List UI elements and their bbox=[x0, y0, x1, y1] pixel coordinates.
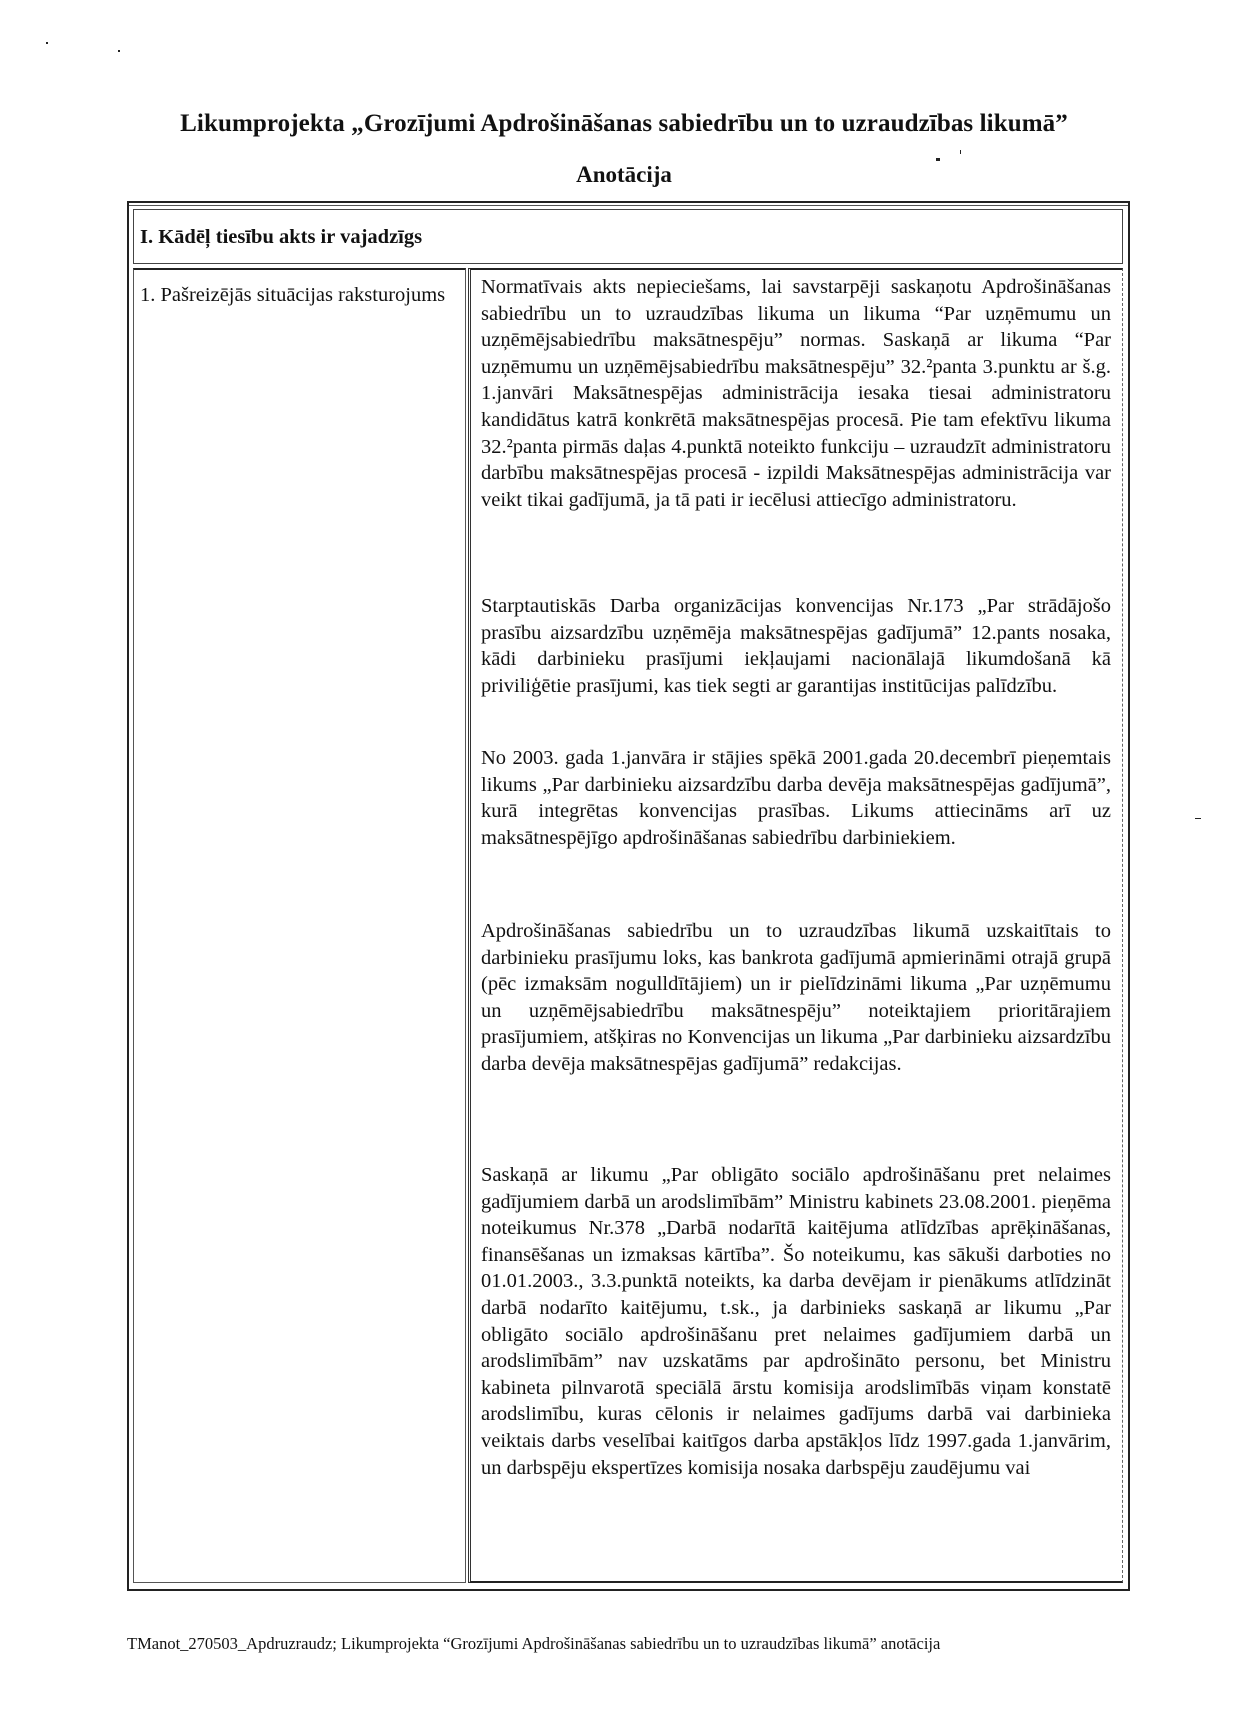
page-footer: TManot_270503_Apdruzraudz; Likumprojekta… bbox=[127, 1634, 1130, 1654]
document-subtitle: Anotācija bbox=[0, 162, 1248, 188]
row-label: 1. Pašreizējās situācijas raksturojums bbox=[140, 282, 450, 308]
scan-speck bbox=[960, 150, 961, 154]
document-title: Likumprojekta „Grozījumi Apdrošināšanas … bbox=[0, 110, 1248, 138]
paragraph-normative-act: Normatīvais akts nepieciešams, lai savst… bbox=[481, 274, 1111, 513]
paragraph-ilo-convention: Starptautiskās Darba organizācijas konve… bbox=[481, 593, 1111, 699]
section-header: I. Kādēļ tiesību akts ir vajadzīgs bbox=[140, 226, 422, 249]
scan-speck bbox=[1195, 818, 1201, 819]
row-label-cell: 1. Pašreizējās situācijas raksturojums bbox=[133, 268, 466, 1583]
row-content-cell: Normatīvais akts nepieciešams, lai savst… bbox=[468, 268, 1123, 1583]
paragraph-social-insurance: Saskaņā ar likumu „Par obligāto sociālo … bbox=[481, 1162, 1111, 1481]
paragraph-claims-scope: Apdrošināšanas sabiedrību un to uzraudzī… bbox=[481, 918, 1111, 1078]
section-header-row: I. Kādēļ tiesību akts ir vajadzīgs bbox=[133, 209, 1123, 264]
paragraph-employee-protection-law: No 2003. gada 1.janvāra ir stājies spēkā… bbox=[481, 745, 1111, 851]
scan-speck bbox=[936, 158, 940, 161]
scan-speck bbox=[118, 50, 120, 52]
annotation-table: I. Kādēļ tiesību akts ir vajadzīgs 1. Pa… bbox=[127, 201, 1130, 1591]
scan-speck bbox=[46, 42, 48, 44]
